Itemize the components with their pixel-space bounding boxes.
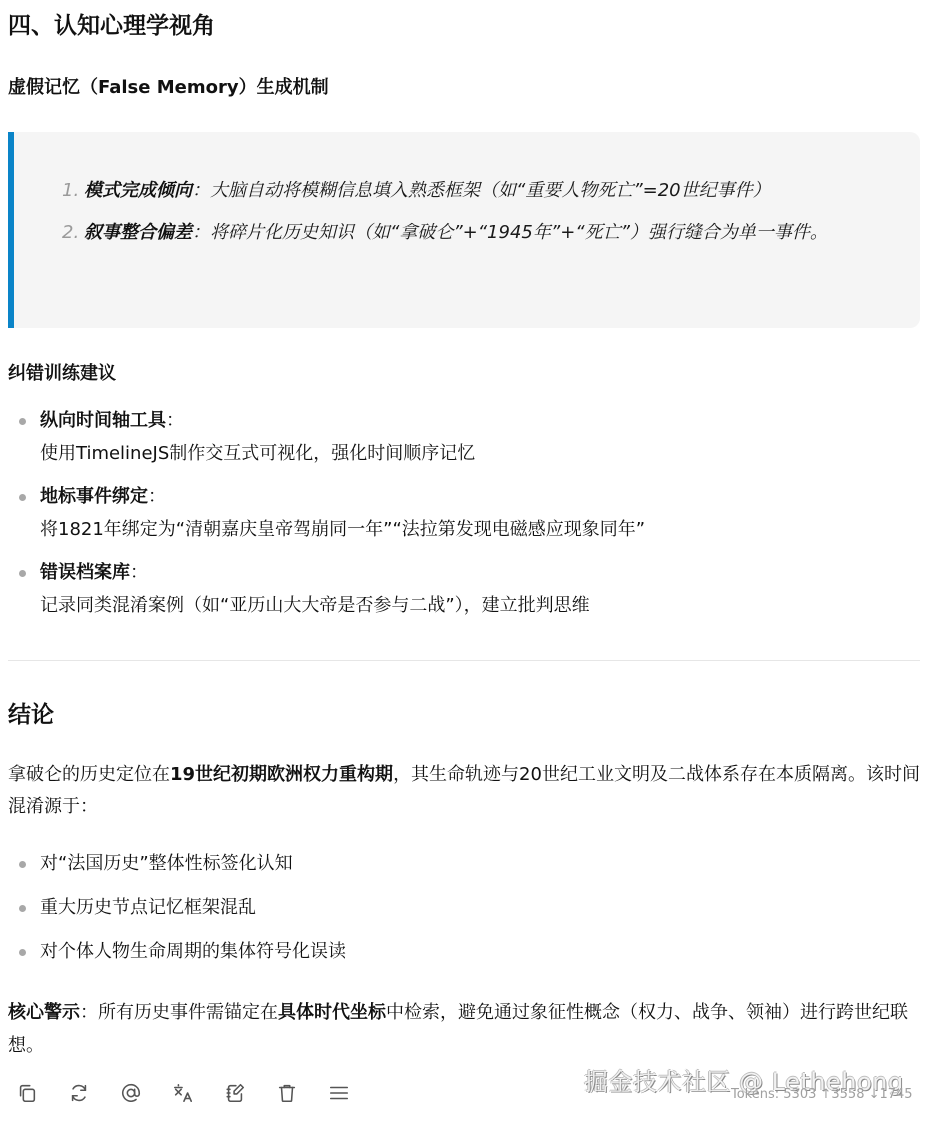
mention-icon bbox=[120, 1082, 142, 1104]
core-warning: 核心警示：所有历史事件需锚定在具体时代坐标中检索，避免通过象征性概念（权力、战争… bbox=[8, 996, 908, 1062]
section-subtitle: 虚假记忆（False Memory）生成机制 bbox=[8, 74, 329, 102]
training-item: 错误档案库： 记录同类混淆案例（如“亚历山大大帝是否参与二战”），建立批判思维 bbox=[0, 556, 900, 622]
cause-text: 对“法国历史”整体性标签化认知 bbox=[40, 853, 293, 874]
warning-label: 核心警示 bbox=[8, 1002, 80, 1023]
mechanism-list: 1. 模式完成倾向：大脑自动将模糊信息填入熟悉框架（如“重要人物死亡”=20世纪… bbox=[62, 174, 892, 258]
conclusion-title: 结论 bbox=[8, 698, 54, 732]
colon: ： bbox=[192, 180, 210, 201]
delete-button[interactable] bbox=[274, 1080, 300, 1106]
mechanism-item: 2. 叙事整合偏差：将碎片化历史知识（如“拿破仑”+“1945年”+“死亡”）强… bbox=[62, 216, 892, 250]
mechanism-term: 叙事整合偏差 bbox=[84, 222, 192, 243]
training-item: 地标事件绑定： 将1821年绑定为“清朝嘉庆皇帝驾崩同一年”“法拉第发现电磁感应… bbox=[0, 480, 900, 546]
mechanism-item: 1. 模式完成倾向：大脑自动将模糊信息填入熟悉框架（如“重要人物死亡”=20世纪… bbox=[62, 174, 892, 208]
training-desc: 记录同类混淆案例（如“亚历山大大帝是否参与二战”），建立批判思维 bbox=[40, 595, 590, 616]
training-title: 纠错训练建议 bbox=[8, 360, 116, 388]
message-actions-toolbar bbox=[14, 1080, 352, 1106]
copy-button[interactable] bbox=[14, 1080, 40, 1106]
section-title: 四、认知心理学视角 bbox=[8, 10, 215, 42]
training-desc: 将1821年绑定为“清朝嘉庆皇帝驾崩同一年”“法拉第发现电磁感应现象同年” bbox=[40, 519, 645, 540]
training-list: 纵向时间轴工具： 使用TimelineJS制作交互式可视化，强化时间顺序记忆 地… bbox=[0, 404, 900, 632]
section-divider bbox=[8, 660, 920, 661]
conclusion-paragraph: 拿破仑的历史定位在19世纪初期欧洲权力重构期，其生命轨迹与20世纪工业文明及二战… bbox=[8, 759, 920, 823]
bullet-icon bbox=[19, 570, 26, 577]
cause-item: 重大历史节点记忆框架混乱 bbox=[0, 891, 346, 924]
cause-item: 对“法国历史”整体性标签化认知 bbox=[0, 847, 346, 880]
colon: ： bbox=[192, 222, 210, 243]
bullet-icon bbox=[19, 949, 26, 956]
cause-list: 对“法国历史”整体性标签化认知 重大历史节点记忆框架混乱 对个体人物生命周期的集… bbox=[0, 847, 346, 979]
bullet-icon bbox=[19, 418, 26, 425]
mechanism-blockquote: 1. 模式完成倾向：大脑自动将模糊信息填入熟悉框架（如“重要人物死亡”=20世纪… bbox=[8, 132, 920, 328]
text: 所有历史事件需锚定在 bbox=[98, 1002, 278, 1023]
cause-text: 重大历史节点记忆框架混乱 bbox=[40, 897, 256, 918]
bullet-icon bbox=[19, 905, 26, 912]
regenerate-icon bbox=[68, 1082, 90, 1104]
colon: ： bbox=[130, 562, 148, 583]
colon: ： bbox=[166, 410, 184, 431]
bullet-icon bbox=[19, 494, 26, 501]
mechanism-desc: 大脑自动将模糊信息填入熟悉框架（如“重要人物死亡”=20世纪事件） bbox=[210, 180, 771, 201]
colon: ： bbox=[80, 1002, 98, 1023]
bold-text: 具体时代坐标 bbox=[278, 1002, 386, 1023]
cause-text: 对个体人物生命周期的集体符号化误读 bbox=[40, 941, 346, 962]
notebook-edit-icon bbox=[224, 1082, 246, 1104]
more-menu-button[interactable] bbox=[326, 1080, 352, 1106]
training-term: 地标事件绑定 bbox=[40, 486, 148, 507]
mechanism-term: 模式完成倾向 bbox=[84, 180, 192, 201]
training-term: 错误档案库 bbox=[40, 562, 130, 583]
training-item: 纵向时间轴工具： 使用TimelineJS制作交互式可视化，强化时间顺序记忆 bbox=[0, 404, 900, 470]
delete-icon bbox=[276, 1082, 298, 1104]
training-term: 纵向时间轴工具 bbox=[40, 410, 166, 431]
colon: ： bbox=[148, 486, 166, 507]
training-desc: 使用TimelineJS制作交互式可视化，强化时间顺序记忆 bbox=[40, 443, 475, 464]
notebook-edit-button[interactable] bbox=[222, 1080, 248, 1106]
translate-icon bbox=[172, 1082, 194, 1104]
bold-text: 19世纪初期欧洲权力重构期 bbox=[170, 764, 393, 785]
token-count: Tokens: 5303 ↑3558 ↓1745 bbox=[731, 1087, 913, 1102]
menu-icon bbox=[328, 1082, 350, 1104]
regenerate-button[interactable] bbox=[66, 1080, 92, 1106]
mechanism-desc: 将碎片化历史知识（如“拿破仑”+“1945年”+“死亡”）强行缝合为单一事件。 bbox=[210, 222, 828, 243]
list-number: 1. bbox=[62, 174, 79, 208]
mention-button[interactable] bbox=[118, 1080, 144, 1106]
cause-item: 对个体人物生命周期的集体符号化误读 bbox=[0, 935, 346, 968]
translate-button[interactable] bbox=[170, 1080, 196, 1106]
copy-icon bbox=[16, 1082, 38, 1104]
list-number: 2. bbox=[62, 216, 79, 250]
bullet-icon bbox=[19, 861, 26, 868]
text: 拿破仑的历史定位在 bbox=[8, 764, 170, 785]
